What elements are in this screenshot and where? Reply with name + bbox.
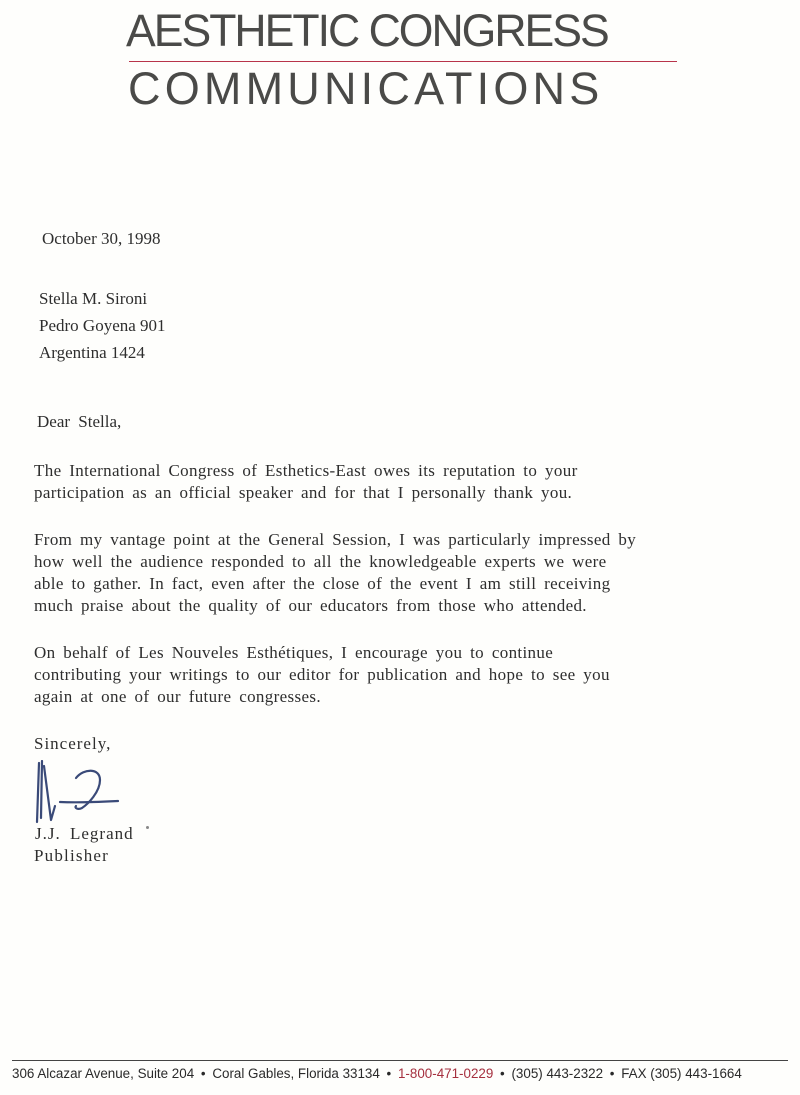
paragraph-line: much praise about the quality of our edu… [34,595,636,617]
body-paragraph-3: On behalf of Les Nouveles Esthétiques, I… [34,642,610,708]
paragraph-line: again at one of our future congresses. [34,686,610,708]
recipient-street: Pedro Goyena 901 [39,316,166,336]
paragraph-line: On behalf of Les Nouveles Esthétiques, I… [34,642,610,664]
letter-date: October 30, 1998 [42,229,161,249]
footer-separator: • [607,1066,618,1081]
recipient-name: Stella M. Sironi [39,289,147,309]
paragraph-line: able to gather. In fact, even after the … [34,573,636,595]
greeting: Dear Stella, [37,412,121,432]
paragraph-line: From my vantage point at the General Ses… [34,529,636,551]
paragraph-line: The International Congress of Esthetics-… [34,460,578,482]
closing: Sincerely, [34,734,111,754]
footer-fax: FAX (305) 443-1664 [621,1066,742,1081]
footer-separator: • [384,1066,395,1081]
paragraph-line: participation as an official speaker and… [34,482,578,504]
footer-phone: (305) 443-2322 [511,1066,603,1081]
footer-divider [12,1060,788,1061]
footer-address: 306 Alcazar Avenue, Suite 204 [12,1066,194,1081]
paper-speck [146,826,149,829]
body-paragraph-2: From my vantage point at the General Ses… [34,529,636,617]
footer-separator: • [497,1066,508,1081]
paragraph-line: contributing your writings to our editor… [34,664,610,686]
letterhead-company-division: COMMUNICATIONS [128,66,603,111]
signer-title: Publisher [34,846,109,866]
signer-name: J.J. Legrand [35,824,134,844]
footer-city: Coral Gables, Florida 33134 [212,1066,379,1081]
footer-contact: 306 Alcazar Avenue, Suite 204 • Coral Ga… [12,1066,742,1081]
footer-toll-free: 1-800-471-0229 [398,1066,493,1081]
recipient-city: Argentina 1424 [39,343,145,363]
letterhead-divider [129,61,677,62]
footer-separator: • [198,1066,209,1081]
paragraph-line: how well the audience responded to all t… [34,551,636,573]
letterhead-company-name: AESTHETIC CONGRESS [126,8,608,53]
body-paragraph-1: The International Congress of Esthetics-… [34,460,578,504]
